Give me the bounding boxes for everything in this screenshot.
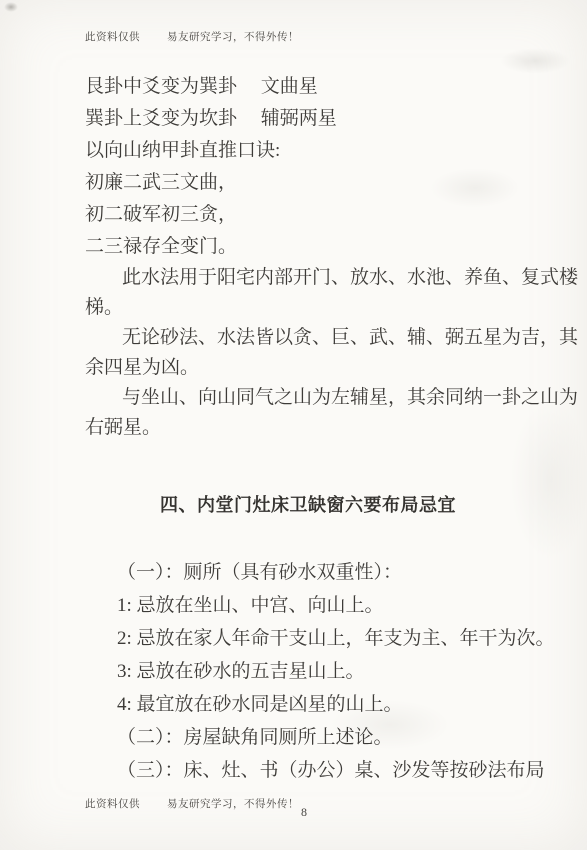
page-number: 8 — [301, 805, 307, 820]
text-line: 3: 忌放在砂水的五吉星山上。 — [117, 655, 547, 688]
verse-block: 艮卦中爻变为巽卦 文曲星巽卦上爻变为坎卦 辅弼两星以向山纳甲卦直推口诀:初廉二武… — [85, 71, 531, 263]
paragraph-block: 此水法用于阳宅内部开门、放水、水池、养鱼、复式楼梯。无论砂法、水法皆以贪、巨、武… — [85, 263, 531, 443]
text-line: 右弼星。 — [85, 413, 531, 443]
text-line: （一）：厕所（具有砂水双重性）： — [117, 556, 547, 589]
text-line: 余四星为凶。 — [85, 353, 531, 383]
text-line: 艮卦中爻变为巽卦 文曲星 — [85, 71, 531, 103]
header-disclaimer: 此资料仅供易友研究学习，不得外传！ — [85, 29, 299, 44]
footer-disclaimer-text: 易友研究学习，不得外传！ — [167, 799, 299, 810]
footer-disclaimer-prefix: 此资料仅供 — [85, 799, 140, 810]
text-line: 4: 最宜放在砂水同是凶星的山上。 — [117, 688, 547, 721]
rules-list-block: （一）：厕所（具有砂水双重性）：1: 忌放在坐山、中宫、向山上。2: 忌放在家人… — [117, 556, 547, 787]
scan-speck — [4, 2, 18, 12]
text-line: 梯。 — [85, 293, 531, 323]
text-line: 巽卦上爻变为坎卦 辅弼两星 — [85, 103, 531, 135]
section-heading: 四、内堂门灶床卫缺窗六要布局忌宜 — [85, 491, 531, 517]
header-disclaimer-text: 易友研究学习，不得外传！ — [167, 32, 299, 43]
text-line: （二）：房屋缺角同厕所上述论。 — [117, 721, 547, 754]
header-disclaimer-prefix: 此资料仅供 — [85, 32, 140, 43]
text-line: 初廉二武三文曲， — [85, 167, 531, 199]
text-line: 以向山纳甲卦直推口诀: — [85, 135, 531, 167]
text-line: 与坐山、向山同气之山为左辅星，其余同纳一卦之山为 — [85, 383, 531, 413]
text-line: （三）：床、灶、书（办公）桌、沙发等按砂法布局 — [117, 754, 547, 787]
footer-disclaimer: 此资料仅供易友研究学习，不得外传！ — [85, 796, 299, 811]
text-line: 2: 忌放在家人年命干支山上，年支为主、年干为次。 — [117, 622, 547, 655]
text-line: 无论砂法、水法皆以贪、巨、武、辅、弼五星为吉，其 — [85, 323, 531, 353]
text-line: 1: 忌放在坐山、中宫、向山上。 — [117, 589, 547, 622]
text-line: 初二破军初三贪， — [85, 199, 531, 231]
text-line: 此水法用于阳宅内部开门、放水、水池、养鱼、复式楼 — [85, 263, 531, 293]
scanned-document-page: 此资料仅供易友研究学习，不得外传！ 艮卦中爻变为巽卦 文曲星巽卦上爻变为坎卦 辅… — [0, 0, 587, 850]
text-line: 二三禄存全变门。 — [85, 231, 531, 263]
